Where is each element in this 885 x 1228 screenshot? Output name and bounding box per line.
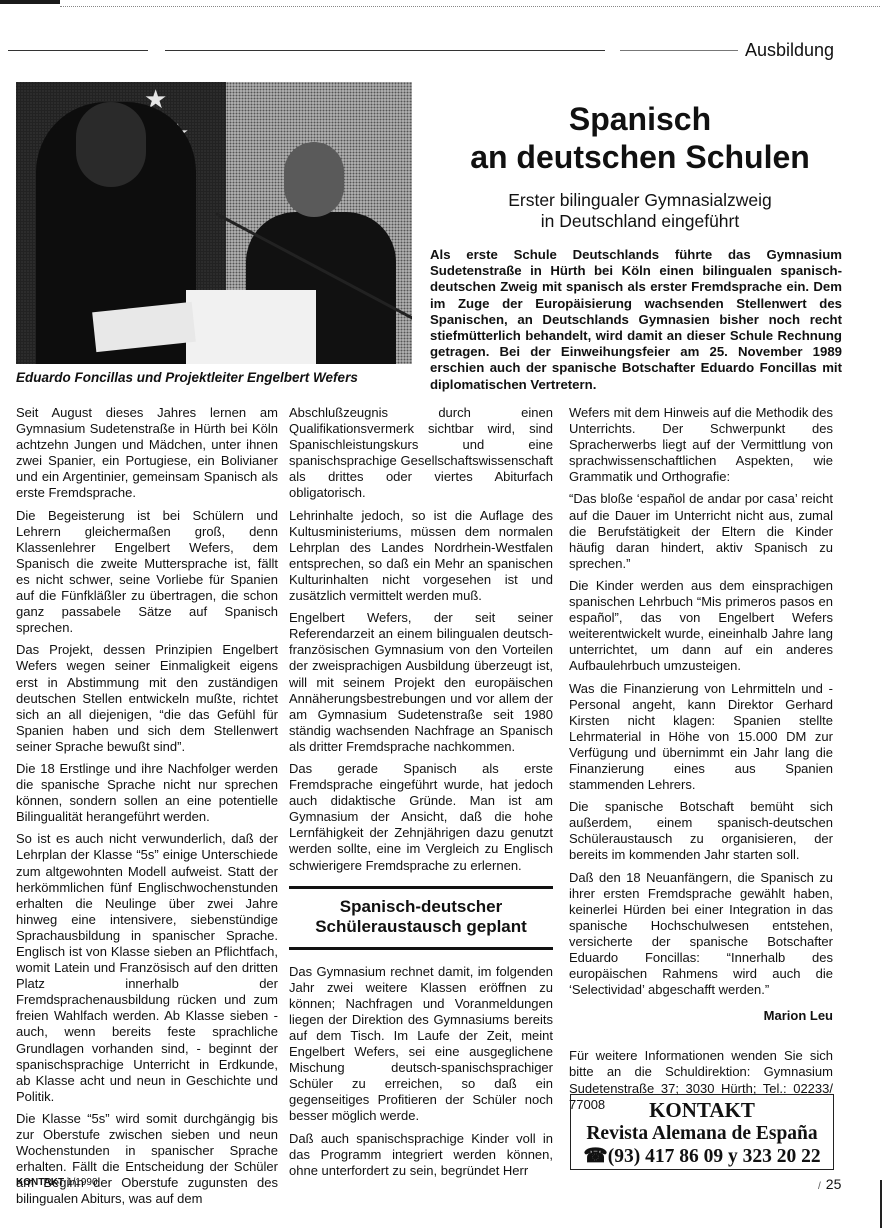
paragraph: Das Projekt, dessen Prinzipien Engelbert…	[16, 642, 278, 755]
article-lead: Als erste Schule Deutschlands führte das…	[430, 247, 842, 393]
author-byline: Marion Leu	[569, 1008, 833, 1024]
article-photo: ★ ★ ★	[16, 82, 412, 364]
header-rule-right	[620, 50, 738, 51]
paragraph: Die Klasse “5s” wird somit durchgängig b…	[16, 1111, 278, 1208]
footer-issue: KONTAKT 1/1990	[16, 1177, 98, 1188]
kontakt-ad-box: KONTAKT Revista Alemana de España ☎(93) …	[570, 1094, 834, 1170]
page-slash: /	[818, 1181, 821, 1192]
subheading-line-2: Schüleraustausch geplant	[289, 917, 553, 937]
page-number-value: 25	[826, 1176, 842, 1192]
photo-head-right	[284, 142, 344, 217]
paragraph: “Das bloße ‘español de andar por casa’ r…	[569, 491, 833, 571]
paragraph: Was die Finanzierung von Lehrmitteln und…	[569, 681, 833, 794]
column-3: Wefers mit dem Hinweis auf die Methodik …	[569, 405, 833, 1119]
article-title: Spanisch an deutschen Schulen	[420, 100, 860, 176]
paragraph: Seit August dieses Jahres lernen am Gymn…	[16, 405, 278, 502]
paragraph: Das gerade Spanisch als erste Fremdsprac…	[289, 761, 553, 874]
photo-podium	[186, 290, 316, 364]
ad-subtitle: Revista Alemana de España	[571, 1122, 833, 1145]
scan-edge-dots	[60, 6, 880, 8]
paragraph: Die 18 Erstlinge und ihre Nachfolger wer…	[16, 761, 278, 825]
paragraph: Lehrinhalte jedoch, so ist die Auflage d…	[289, 508, 553, 605]
paragraph: Wefers mit dem Hinweis auf die Methodik …	[569, 405, 833, 485]
ad-title: KONTAKT	[571, 1098, 833, 1122]
paragraph: Abschlußzeugnis durch einen Qualifikatio…	[289, 405, 553, 502]
paragraph: Die Kinder werden aus dem einsprachigen …	[569, 578, 833, 675]
paragraph: Das Gymnasium rechnet damit, im folgende…	[289, 964, 553, 1125]
title-line-1: Spanisch	[420, 100, 860, 138]
scan-edge-mark	[880, 1180, 882, 1228]
page-number: /25	[818, 1176, 841, 1192]
ad-phone-numbers: (93) 417 86 09 y 323 20 22	[608, 1146, 821, 1167]
paragraph: Die spanische Botschaft bemüht sich auße…	[569, 799, 833, 863]
photo-caption: Eduardo Foncillas und Projektleiter Enge…	[16, 370, 358, 385]
photo-head-left	[76, 102, 146, 187]
scan-edge-bar	[0, 0, 60, 4]
ad-phone-line: ☎(93) 417 86 09 y 323 20 22	[571, 1145, 833, 1168]
column-2: Abschlußzeugnis durch einen Qualifikatio…	[289, 405, 553, 1185]
paragraph: Daß den 18 Neuanfängern, die Spanisch zu…	[569, 870, 833, 999]
subtitle-line-1: Erster bilingualer Gymnasialzweig	[420, 190, 860, 211]
header-rule-middle	[165, 50, 605, 51]
subtitle-line-2: in Deutschland eingeführt	[420, 211, 860, 232]
subheading-line-1: Spanisch-deutscher	[289, 897, 553, 917]
column-1: Seit August dieses Jahres lernen am Gymn…	[16, 405, 278, 1214]
subheading: Spanisch-deutscher Schüleraustausch gepl…	[289, 886, 553, 950]
phone-icon: ☎	[583, 1146, 607, 1167]
footer-issue-number: 1/1990	[67, 1177, 98, 1188]
paragraph: Daß auch spanischsprachige Kinder voll i…	[289, 1131, 553, 1179]
article-subtitle: Erster bilingualer Gymnasialzweig in Deu…	[420, 190, 860, 232]
title-line-2: an deutschen Schulen	[420, 138, 860, 176]
section-label: Ausbildung	[745, 40, 834, 61]
paragraph: So ist es auch nicht verwunderlich, daß …	[16, 831, 278, 1105]
footer-magazine-name: KONTAKT	[16, 1177, 64, 1188]
paragraph: Engelbert Wefers, der seit seiner Refere…	[289, 610, 553, 755]
header-rule-left	[8, 50, 148, 51]
paragraph: Die Begeisterung ist bei Schülern und Le…	[16, 508, 278, 637]
